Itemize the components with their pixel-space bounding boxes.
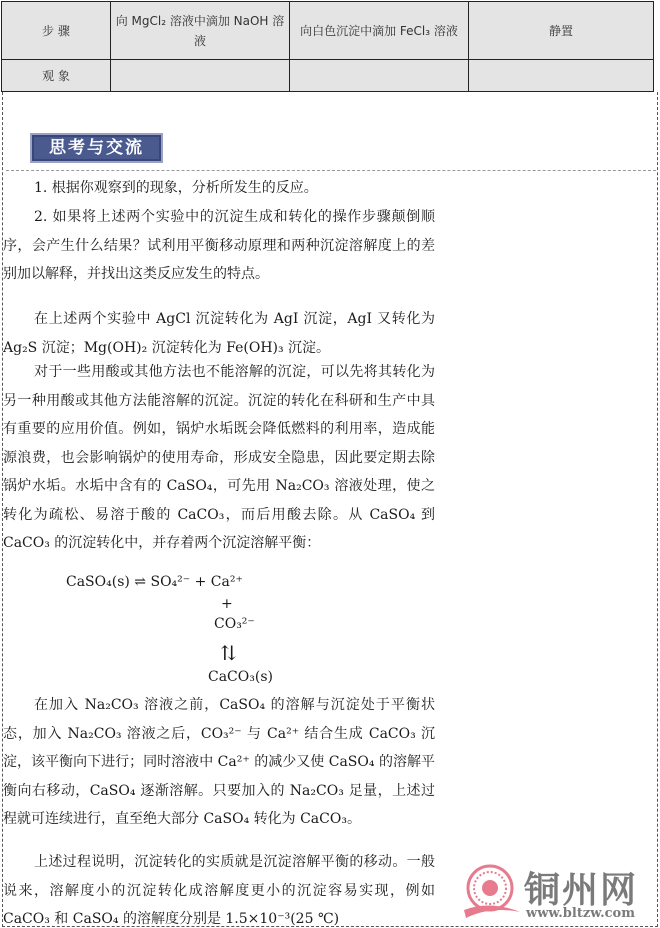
divider [6, 170, 656, 171]
table-row-steps: 步 骤 向 MgCl₂ 溶液中滴加 NaOH 溶液 向白色沉淀中滴加 FeCl₃… [2, 2, 654, 60]
question-1: 1. 根据你观察到的现象，分析所发生的反应。 [3, 174, 435, 203]
table-row-observations: 观 象 [2, 60, 654, 92]
step-cell-3: 静置 [469, 2, 654, 60]
paragraph-1: 在上述两个实验中 AgCl 沉淀转化为 AgI 沉淀，AgI 又转化为 Ag₂S… [3, 305, 435, 362]
observation-cell-3 [469, 60, 654, 92]
equation-line-1: CaSO₄(s) ⇌ SO₄²⁻ + Ca²⁺ [66, 573, 243, 591]
equation-carbonate: CO₃²⁻ [214, 615, 255, 633]
experiment-table: 步 骤 向 MgCl₂ 溶液中滴加 NaOH 溶液 向白色沉淀中滴加 FeCl₃… [1, 1, 654, 92]
paragraph-2: 对于一些用酸或其他方法也不能溶解的沉淀，可以先将其转化为另一种用酸或其他方法能溶… [3, 358, 435, 558]
equilibrium-arrow-icon: ⇅ [220, 640, 237, 666]
step-cell-1: 向 MgCl₂ 溶液中滴加 NaOH 溶液 [111, 2, 290, 60]
site-watermark: 铜州网 www.bltzw.com [460, 862, 656, 924]
site-url: www.bltzw.com [526, 906, 635, 921]
equation-product: CaCO₃(s) [208, 668, 273, 686]
paragraph-4: 上述过程说明，沉淀转化的实质就是沉淀溶解平衡的移动。一般说来，溶解度小的沉淀转化… [3, 848, 435, 928]
section-banner: 思考与交流 [30, 133, 163, 163]
question-2: 2. 如果将上述两个实验中的沉淀生成和转化的操作步骤颠倒顺序，会产生什么结果？试… [3, 203, 435, 289]
row-label-observations: 观 象 [2, 60, 111, 92]
observation-cell-1 [111, 60, 290, 92]
observation-cell-2 [290, 60, 469, 92]
paragraph-3: 在加入 Na₂CO₃ 溶液之前，CaSO₄ 的溶解与沉淀处于平衡状态，加入 Na… [3, 691, 435, 834]
equation-plus: + [221, 595, 233, 613]
site-logo-icon [460, 862, 524, 924]
row-label-steps: 步 骤 [2, 2, 111, 60]
step-cell-2: 向白色沉淀中滴加 FeCl₃ 溶液 [290, 2, 469, 60]
